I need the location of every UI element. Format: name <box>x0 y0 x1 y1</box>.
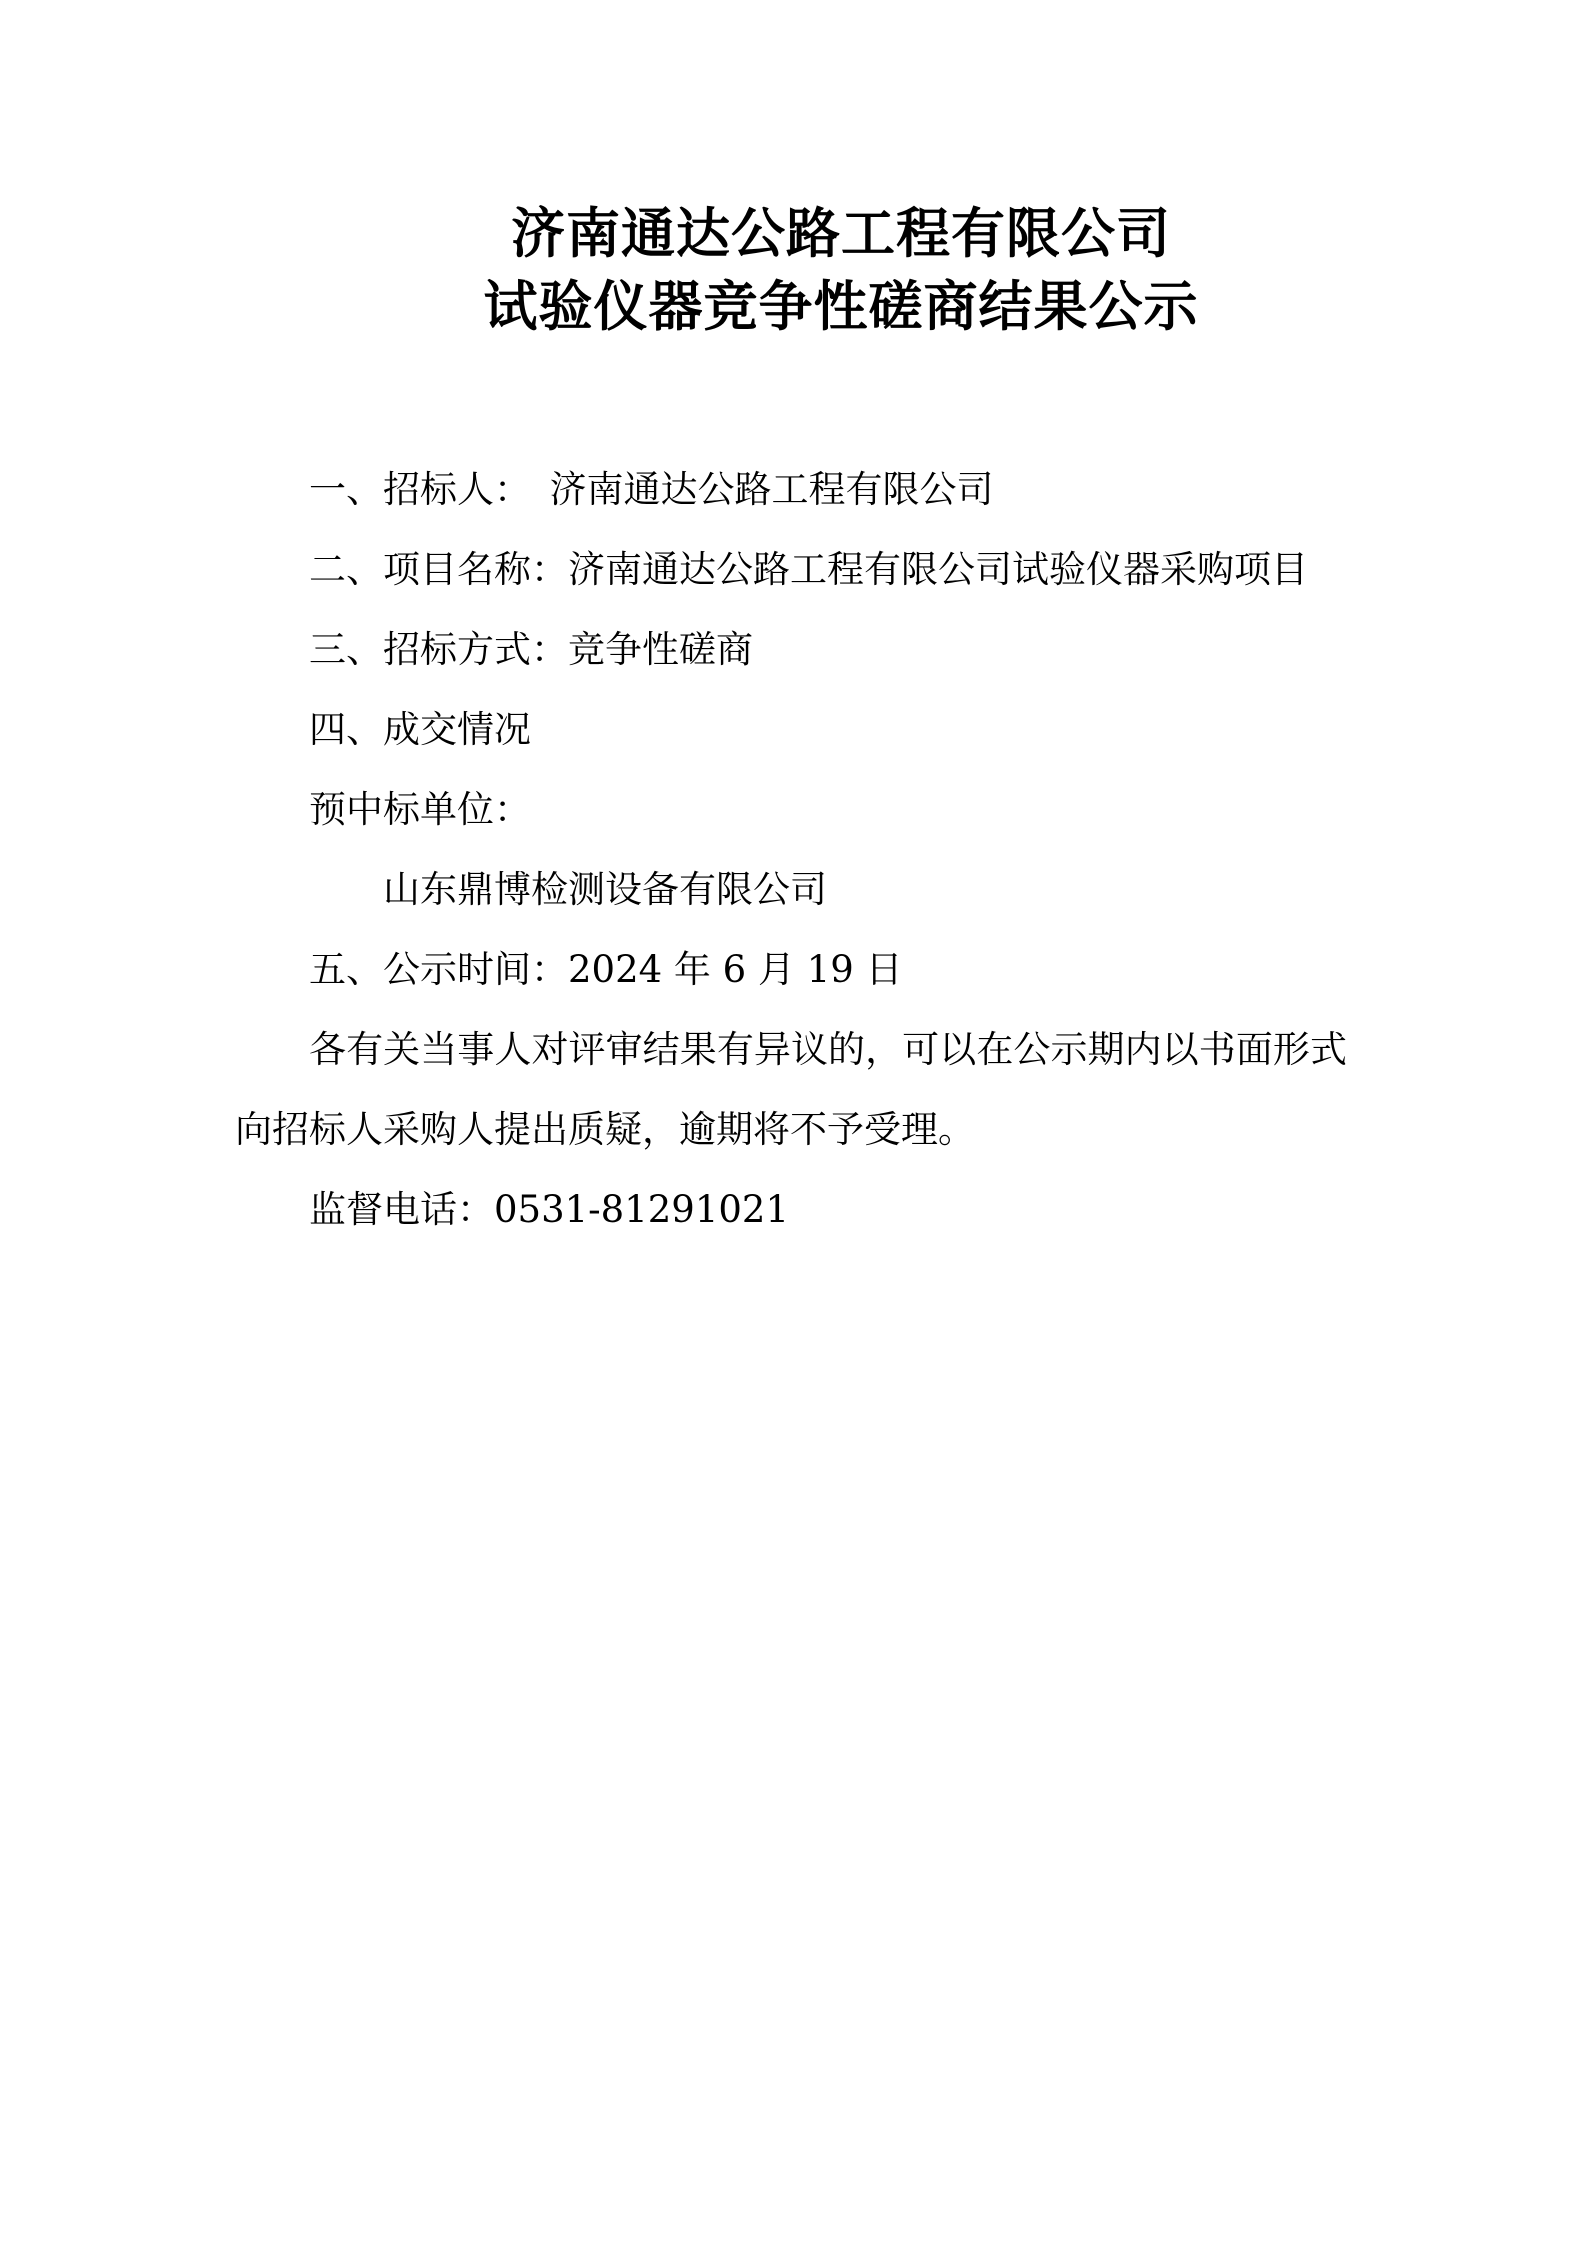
paragraph-objection-notice: 各有关当事人对评审结果有异议的，可以在公示期内以书面形式向招标人采购人提出质疑，… <box>235 1010 1347 1170</box>
line-publicity-period: 五、公示时间：2024 年 6 月 19 日 <box>235 930 1347 1010</box>
line-supervision-phone: 监督电话：0531-81291021 <box>235 1170 1347 1250</box>
document-title: 济南通达公路工程有限公司 试验仪器竞争性磋商结果公示 <box>235 197 1347 343</box>
line-project-name: 二、项目名称：济南通达公路工程有限公司试验仪器采购项目 <box>235 530 1347 610</box>
document-body: 一、招标人： 济南通达公路工程有限公司 二、项目名称：济南通达公路工程有限公司试… <box>235 450 1347 1250</box>
document-title-line-2: 试验仪器竞争性磋商结果公示 <box>335 270 1347 343</box>
document-content: 济南通达公路工程有限公司 试验仪器竞争性磋商结果公示 一、招标人： 济南通达公路… <box>0 0 1587 1250</box>
line-transaction-status: 四、成交情况 <box>235 690 1347 770</box>
line-winning-company: 山东鼎博检测设备有限公司 <box>235 850 1347 930</box>
line-prewinning-unit-label: 预中标单位： <box>235 770 1347 850</box>
line-bidder: 一、招标人： 济南通达公路工程有限公司 <box>235 450 1347 530</box>
document-page: 济南通达公路工程有限公司 试验仪器竞争性磋商结果公示 一、招标人： 济南通达公路… <box>0 0 1587 2245</box>
document-title-line-1: 济南通达公路工程有限公司 <box>335 197 1347 270</box>
line-bidding-method: 三、招标方式：竞争性磋商 <box>235 610 1347 690</box>
